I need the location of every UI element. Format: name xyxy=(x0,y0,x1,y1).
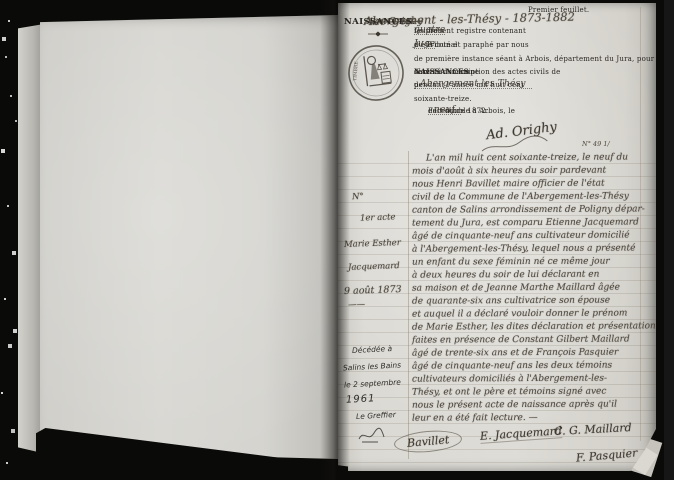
preamble-line-5-suffix: pendant l'année mil huit cent xyxy=(414,81,524,89)
act-body: L'an mil huit cent soixante-treize, le n… xyxy=(412,152,654,425)
folio-note: N° 49 1/ xyxy=(582,140,610,148)
register-right-page: Premier feuillet. Abergement - les-Thésy… xyxy=(338,3,656,471)
act-line: cultivateurs domiciliés à l'Abergement-l… xyxy=(412,372,654,386)
photo-right-edge xyxy=(664,0,674,480)
seal-rim-text: TIMBRE xyxy=(352,61,360,81)
act-line: mois d'août à six heures du soir pardeva… xyxy=(412,164,654,178)
timbre-seal-icon: TIMBRE xyxy=(343,40,410,107)
act-line: de Marie Esther, les dites déclaration e… xyxy=(412,320,654,334)
preamble-line-2-suffix: du Tribunal xyxy=(414,41,458,49)
act-line: âgé de trente-six ans et de François Pas… xyxy=(412,346,654,360)
act-line: Thésy, et ont le père et témoins signé a… xyxy=(412,385,654,399)
margin-act-date: 9 août 1873 xyxy=(344,284,402,297)
act-line: sa maison et de Jeanne Marthe Maillard â… xyxy=(412,281,654,295)
margin-rule xyxy=(408,151,409,459)
closing-suffix: décembre 1872. xyxy=(428,107,488,115)
act-line: L'an mil huit cent soixante-treize, le n… xyxy=(412,151,654,165)
act-line: de quarante-six ans cultivatrice son épo… xyxy=(412,294,654,308)
act-line: âgé de cinquante-neuf ans cultivateur do… xyxy=(412,229,654,243)
margin-child-name: Marie Esther xyxy=(344,238,401,250)
preamble-line-4-suffix: dans la commune xyxy=(414,68,479,76)
margin-divider: —— xyxy=(348,300,365,311)
act-line: à deux heures du soir de lui déclarant e… xyxy=(412,268,654,282)
act-line: âgé de cinquante-neuf ans les deux témoi… xyxy=(412,359,654,373)
margin-act-number: 1er acte xyxy=(360,212,396,223)
naissances-label: NAISSANCES. xyxy=(344,17,415,27)
act-line: à l'Abergement-les-Thésy, lequel nous a … xyxy=(412,242,654,256)
act-line: faites en présence de Constant Gilbert M… xyxy=(412,333,654,347)
margin-numero: N° xyxy=(352,192,364,202)
death-note-year: 1961 xyxy=(346,393,376,406)
act-line: tement du Jura, est comparu Etienne Jacq… xyxy=(412,216,654,230)
judge-signature: Ad. Orighy xyxy=(485,120,557,144)
act-line: canton de Salins arrondissement de Polig… xyxy=(412,203,654,217)
act-line: nous le présent acte de naissance après … xyxy=(412,398,654,412)
blank-left-page xyxy=(40,15,338,459)
book-gutter-shadow xyxy=(320,0,350,480)
act-line: un enfant du sexe féminin né ce même jou… xyxy=(412,255,654,269)
preamble-line-6-text: soixante-treize. xyxy=(414,95,472,103)
scanned-register-photo: Premier feuillet. Abergement - les-Thésy… xyxy=(0,0,674,480)
act-line: nous Henri Bavillet maire officier de l'… xyxy=(412,177,654,191)
preamble-line-3-text: de première instance séant à Arbois, dép… xyxy=(414,55,654,63)
film-dust xyxy=(0,0,2,2)
act-line: et auquel il a déclaré vouloir donner le… xyxy=(412,307,654,321)
act-line: civil de la Commune de l'Abergement-les-… xyxy=(412,190,654,204)
preamble-line-1-suffix: feuillets xyxy=(414,27,444,35)
margin-child-surname: Jacquemard xyxy=(348,261,400,273)
